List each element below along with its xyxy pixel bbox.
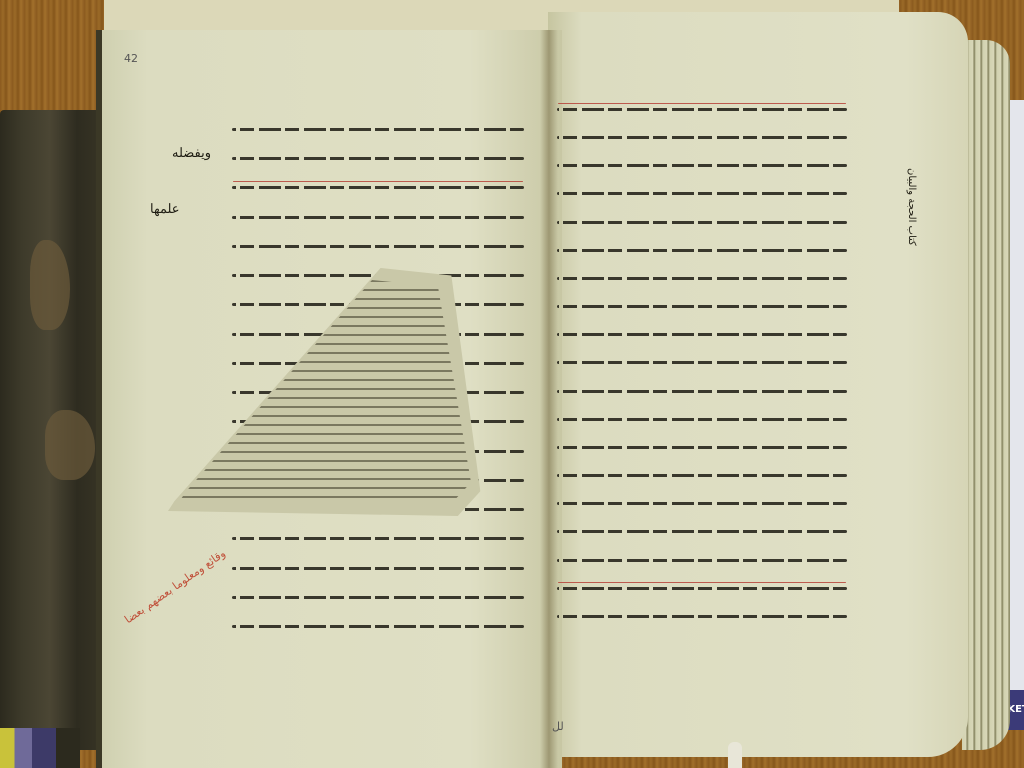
margin-note-2: علمها	[150, 202, 180, 217]
bookmark-strip	[728, 742, 742, 768]
page-edges	[962, 40, 1010, 750]
vertical-margin-note: كتاب الحجة والبيان	[906, 168, 917, 246]
margin-note-1: ويفضله	[172, 146, 211, 161]
book-gutter	[540, 30, 558, 768]
binding-wear	[30, 240, 70, 330]
right-page-text	[557, 108, 847, 618]
folio-number: 42	[124, 52, 138, 65]
book-binding	[0, 110, 110, 750]
bottom-mark: لل	[552, 720, 564, 733]
books-under-table	[0, 728, 80, 768]
binding-wear	[45, 410, 95, 480]
